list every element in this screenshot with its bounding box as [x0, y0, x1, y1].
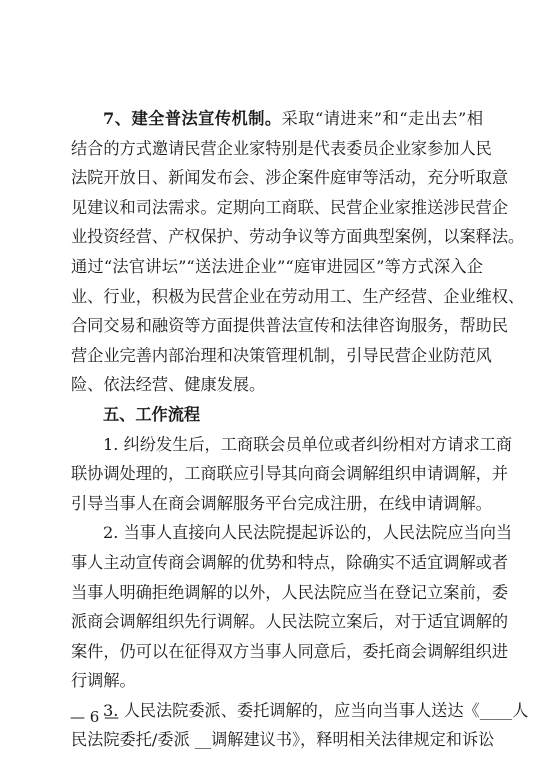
step2-line: 2. 当事人直接向人民法院提起诉讼的，人民法院应当向当: [71, 518, 483, 548]
document-page: 7、建全普法宣传机制。采取“请进来”和“走出去”相 结合的方式邀请民营企业家特别…: [71, 104, 483, 755]
step3-line: 3. 人民法院委派、委托调解的，应当向当事人送达《____人: [71, 696, 483, 726]
step1-line: 引导当事人在商会调解服务平台完成注册，在线申请调解。: [71, 489, 483, 519]
item7-text: 采取“请进来”和“走出去”相: [282, 109, 483, 128]
step1-line: 联协调处理的，工商联应引导其向商会调解组织申请调解，并: [71, 459, 483, 489]
section-heading: 五、工作流程: [71, 400, 483, 430]
item7-title: 建全普法宣传机制。: [131, 109, 281, 128]
paragraph-line: 业、行业，积极为民营企业在劳动用工、生产经营、企业维权、: [71, 282, 483, 312]
paragraph-line: 营企业完善内部治理和决策管理机制，引导民营企业防范风: [71, 341, 483, 371]
step3-line: 民法院委托/委派 __调解建议书》，释明相关法律规定和诉讼: [71, 725, 483, 755]
item7-line-1: 7、建全普法宣传机制。采取“请进来”和“走出去”相: [71, 104, 483, 134]
step2-line: 派商会调解组织先行调解。人民法院立案后，对于适宜调解的: [71, 607, 483, 637]
paragraph-line: 法院开放日、新闻发布会、涉企案件庭审等活动，充分听取意: [71, 163, 483, 193]
paragraph-line: 险、依法经营、健康发展。: [71, 370, 483, 400]
item7-number: 7、: [103, 109, 131, 128]
page-number: — 6 —: [70, 706, 119, 728]
paragraph-line: 业投资经营、产权保护、劳动争议等方面典型案例，以案释法。: [71, 222, 483, 252]
paragraph-line: 通过“法官讲坛”“送法进企业”“庭审进园区”等方式深入企: [71, 252, 483, 282]
paragraph-line: 见建议和司法需求。定期向工商联、民营企业家推送涉民营企: [71, 193, 483, 223]
paragraph-line: 结合的方式邀请民营企业家特别是代表委员企业家参加人民: [71, 134, 483, 164]
step2-line: 行调解。: [71, 666, 483, 696]
step1-line: 1. 纠纷发生后，工商联会员单位或者纠纷相对方请求工商: [71, 430, 483, 460]
paragraph-line: 合同交易和融资等方面提供普法宣传和法律咨询服务，帮助民: [71, 311, 483, 341]
step2-line: 当事人明确拒绝调解的以外，人民法院应当在登记立案前，委: [71, 578, 483, 608]
step2-line: 事人主动宣传商会调解的优势和特点，除确实不适宜调解或者: [71, 548, 483, 578]
step2-line: 案件，仍可以在征得双方当事人同意后，委托商会调解组织进: [71, 637, 483, 667]
